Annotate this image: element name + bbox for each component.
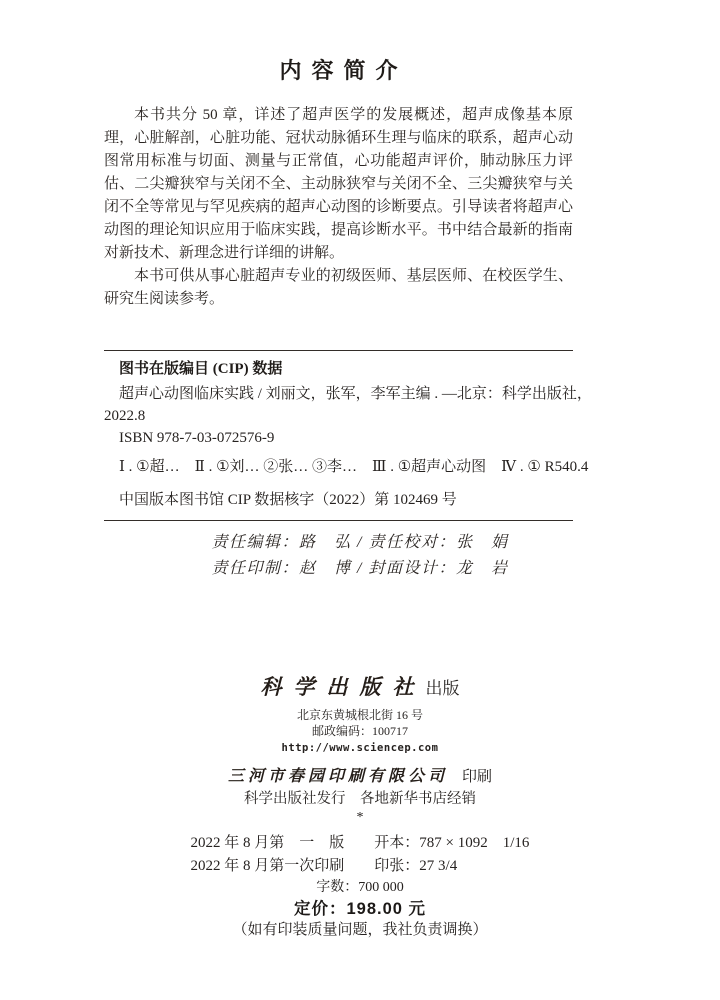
publisher-postcode: 邮政编码：100717 — [0, 723, 720, 740]
edition-line: 2022 年 8 月第 一 版 开本：787 × 1092 1/16 — [191, 832, 530, 855]
abstract-title: 内容简介 — [104, 58, 573, 84]
distribution-line: 科学出版社发行 各地新华书店经销 — [0, 788, 720, 810]
cip-classification: Ⅰ . ①超… Ⅱ . ①刘… ②张… ③李… Ⅲ . ①超声心动图 Ⅳ . ①… — [104, 456, 573, 478]
cip-year-line: 2022.8 — [104, 405, 573, 427]
cip-section: 图书在版编目 (CIP) 数据 超声心动图临床实践 / 刘丽文，张军，李军主编 … — [104, 350, 573, 521]
cip-record-number: 中国版本图书馆 CIP 数据核字（2022）第 102469 号 — [104, 489, 573, 511]
cip-divider-bottom — [104, 520, 573, 521]
abstract-paragraph-1: 本书共分 50 章，详述了超声医学的发展概述，超声成像基本原理，心脏解剖，心脏功… — [104, 104, 573, 265]
price-line: 定价：198.00 元 — [0, 898, 720, 920]
publisher-suffix: 出版 — [426, 679, 460, 698]
abstract-paragraph-2: 本书可供从事心脏超声专业的初级医师、基层医师、在校医学生、研究生阅读参考。 — [104, 265, 573, 311]
publisher-address: 北京东黄城根北街 16 号 — [0, 707, 720, 723]
edition-block: 2022 年 8 月第 一 版 开本：787 × 1092 1/16 2022 … — [191, 832, 530, 878]
printer-suffix: 印刷 — [462, 769, 492, 785]
separator-star: * — [0, 810, 720, 826]
cip-content: 图书在版编目 (CIP) 数据 超声心动图临床实践 / 刘丽文，张军，李军主编 … — [104, 351, 573, 520]
publisher-name: 科学出版社 — [261, 675, 426, 699]
publisher-website: http://www.sciencep.com — [0, 740, 720, 757]
publisher-line: 科学出版社出版 — [0, 672, 720, 705]
abstract-section: 内容简介 本书共分 50 章，详述了超声医学的发展概述，超声成像基本原理，心脏解… — [104, 58, 573, 311]
quality-notice-line: （如有印装质量问题，我社负责调换） — [0, 920, 720, 941]
book-copyright-page: 内容简介 本书共分 50 章，详述了超声医学的发展概述，超声成像基本原理，心脏解… — [0, 0, 720, 1000]
staff-section: 责任编辑：路 弘 / 责任校对：张 娟 责任印制：赵 博 / 封面设计：龙 岩 — [0, 530, 720, 582]
staff-editors-line: 责任编辑：路 弘 / 责任校对：张 娟 — [0, 530, 720, 556]
cip-title-line: 超声心动图临床实践 / 刘丽文，张军，李军主编 . —北京：科学出版社， — [104, 383, 573, 405]
printer-line: 三河市春园印刷有限公司印刷 — [0, 766, 720, 788]
cip-heading: 图书在版编目 (CIP) 数据 — [104, 360, 573, 378]
printer-name: 三河市春园印刷有限公司 — [228, 768, 448, 785]
printing-line: 2022 年 8 月第一次印刷 印张：27 3/4 — [191, 855, 530, 878]
colophon-section: 科学出版社出版 北京东黄城根北街 16 号 邮政编码：100717 http:/… — [0, 672, 720, 941]
cip-isbn: ISBN 978-7-03-072576-9 — [104, 427, 573, 449]
word-count-line: 字数：700 000 — [0, 878, 720, 898]
staff-printing-design-line: 责任印制：赵 博 / 封面设计：龙 岩 — [0, 556, 720, 582]
